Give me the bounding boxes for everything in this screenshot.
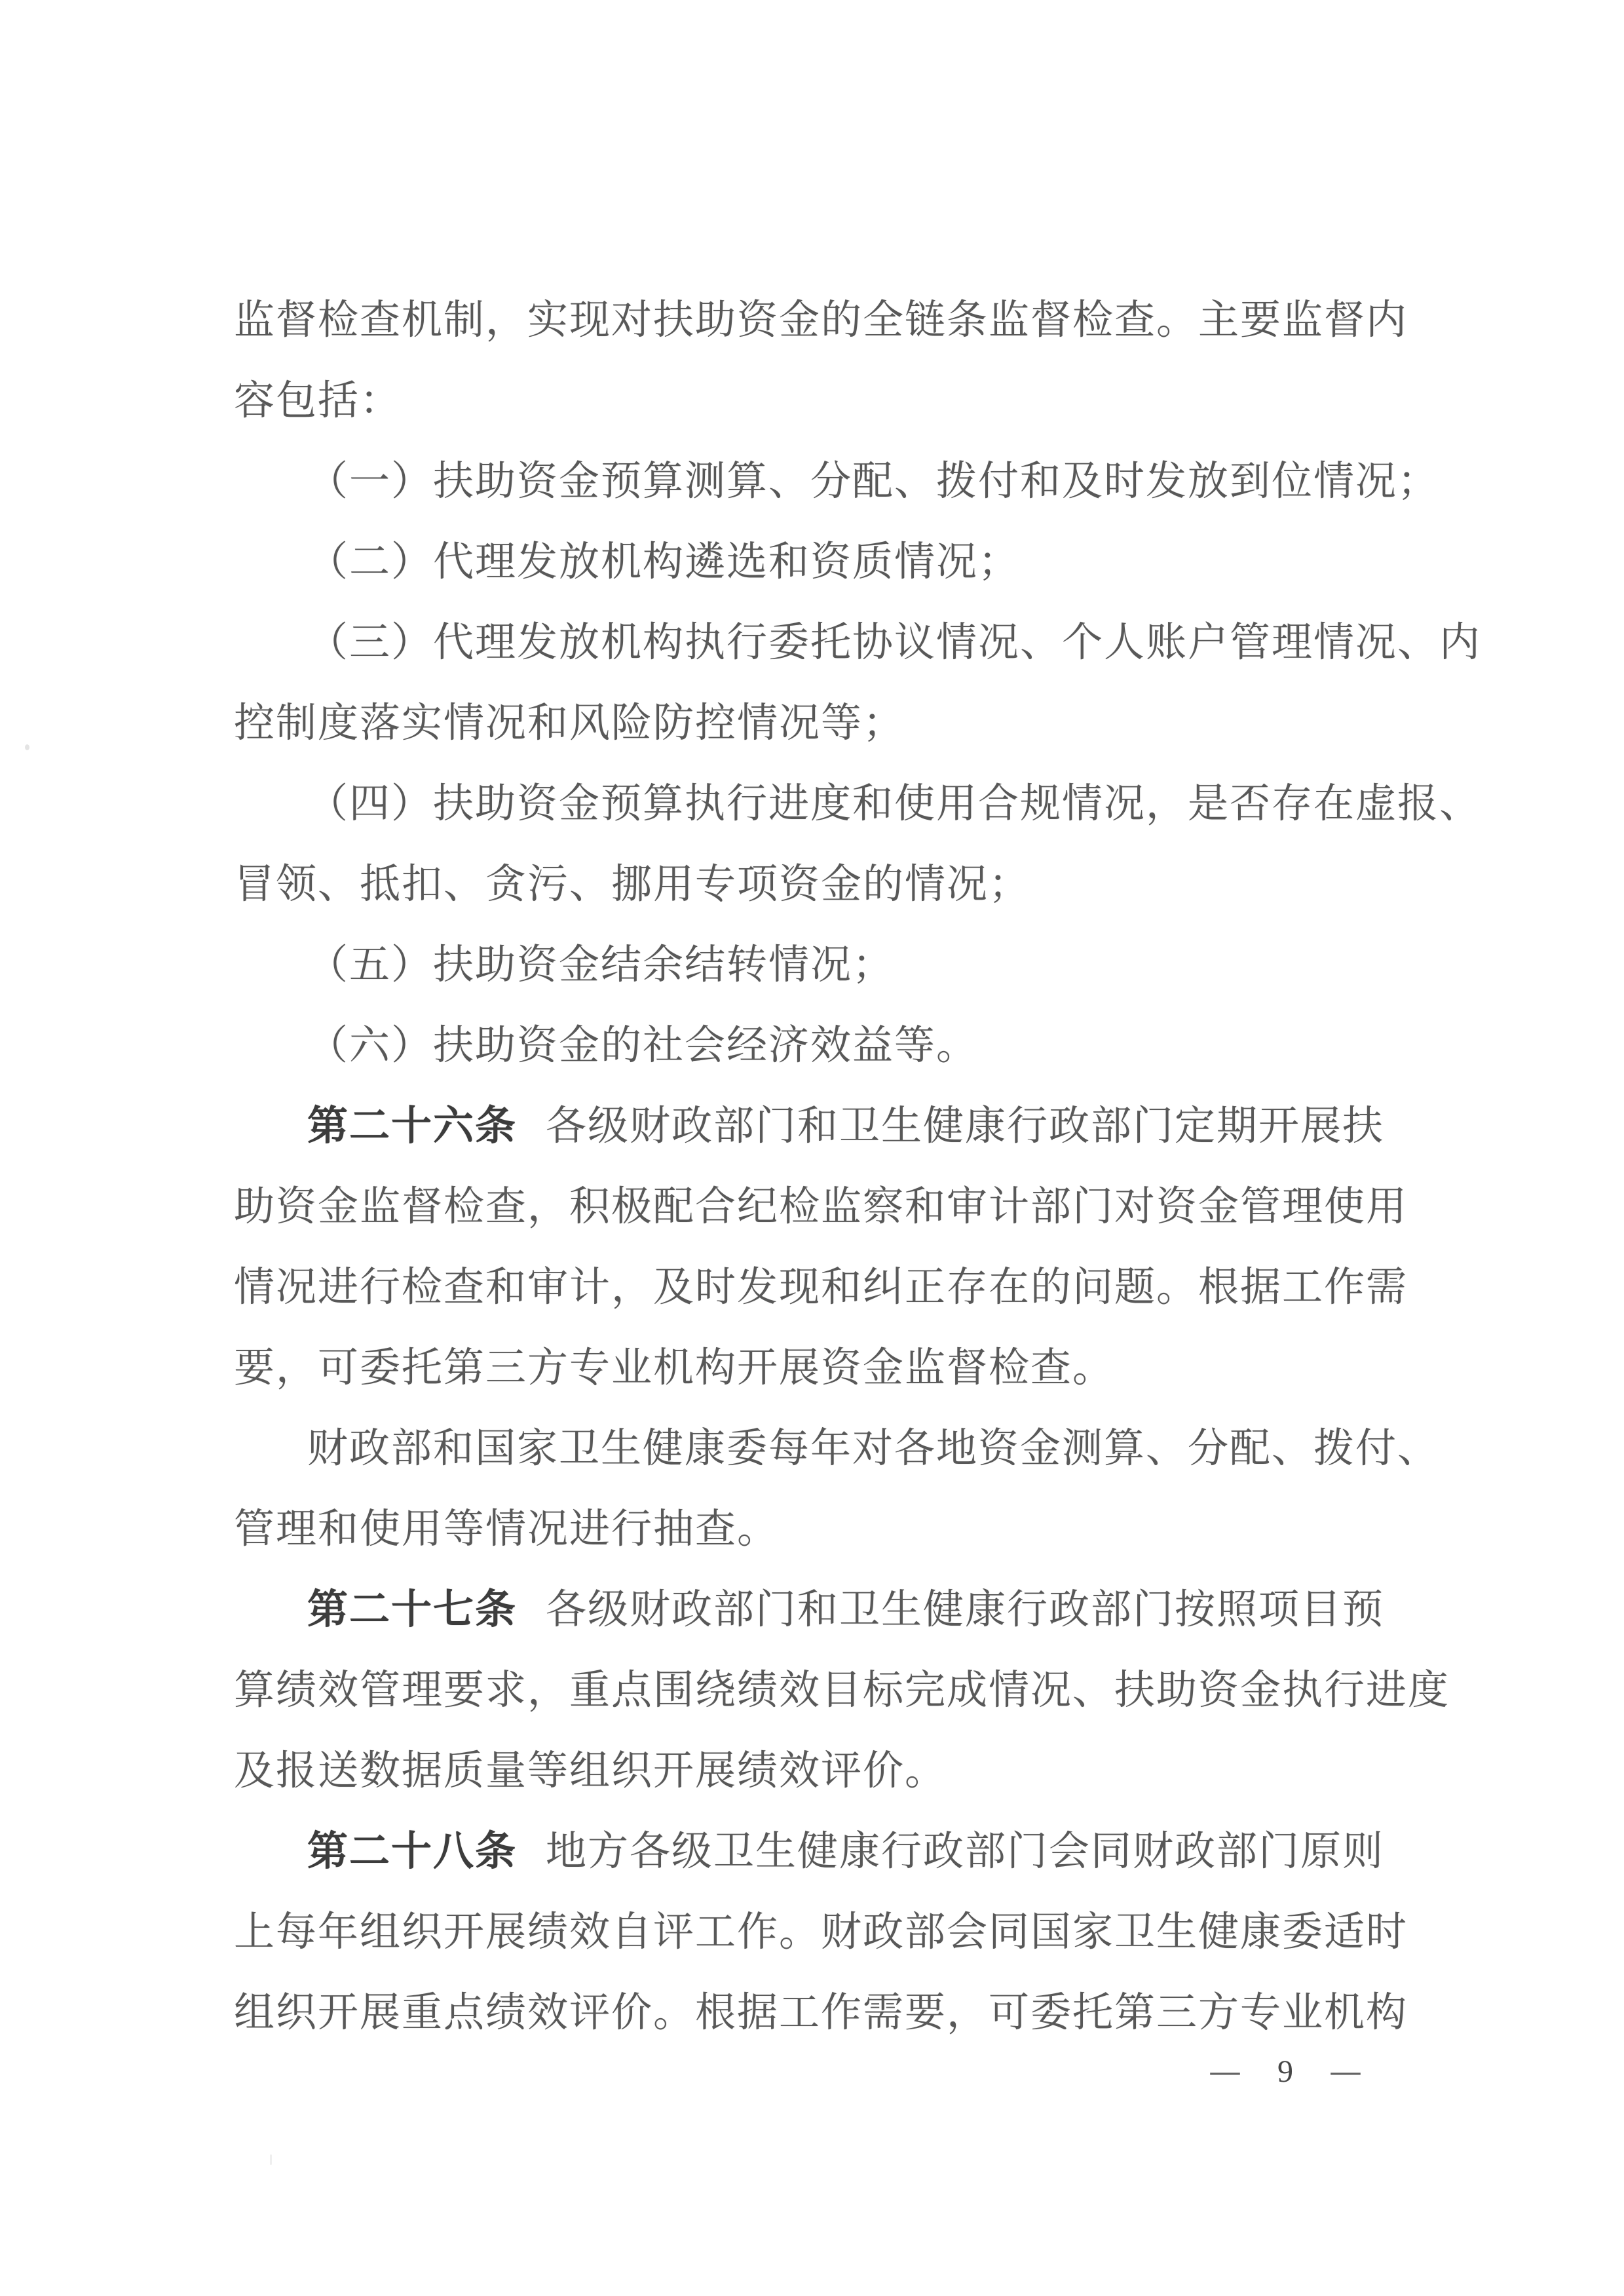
document-line: 控制度落实情况和风险防控情况等；	[234, 682, 1423, 763]
document-line: 监督检查机制，实现对扶助资金的全链条监督检查。主要监督内	[234, 279, 1423, 360]
document-line: 容包括：	[234, 360, 1423, 440]
document-sheet: 监督检查机制，实现对扶助资金的全链条监督检查。主要监督内 容包括： （一）扶助资…	[0, 0, 1624, 2296]
line-text: （五）扶助资金结余结转情况；	[307, 940, 894, 988]
line-text: （三）代理发放机构执行委托协议情况、个人账户管理情况、内	[307, 618, 1481, 666]
line-text: 算绩效管理要求，重点围绕绩效目标完成情况、扶助资金执行进度	[234, 1666, 1450, 1713]
line-text: 容包括：	[234, 376, 402, 424]
line-text: 地方各级卫生健康行政部门会同财政部门原则	[546, 1827, 1384, 1875]
line-text: 各级财政部门和卫生健康行政部门定期开展扶	[546, 1101, 1384, 1149]
article-number-label: 第二十六条	[307, 1101, 517, 1149]
scan-speck	[25, 744, 29, 750]
document-line-article-26: 第二十六条各级财政部门和卫生健康行政部门定期开展扶	[234, 1085, 1423, 1166]
document-line: 情况进行检查和审计，及时发现和纠正存在的问题。根据工作需	[234, 1246, 1423, 1327]
document-line: 要，可委托第三方专业机构开展资金监督检查。	[234, 1327, 1423, 1407]
document-line-item-3: （三）代理发放机构执行委托协议情况、个人账户管理情况、内	[234, 602, 1423, 682]
article-number-label: 第二十八条	[307, 1827, 517, 1875]
article-number-label: 第二十七条	[307, 1585, 517, 1633]
line-text: 管理和使用等情况进行抽查。	[234, 1504, 779, 1552]
document-line-item-4: （四）扶助资金预算执行进度和使用合规情况，是否存在虚报、	[234, 763, 1423, 843]
scan-speck	[270, 2154, 272, 2165]
line-text: 监督检查机制，实现对扶助资金的全链条监督检查。主要监督内	[234, 296, 1408, 343]
document-line: 上每年组织开展绩效自评工作。财政部会同国家卫生健康委适时	[234, 1891, 1423, 1972]
document-line: 冒领、抵扣、贪污、挪用专项资金的情况；	[234, 843, 1423, 924]
document-line: 算绩效管理要求，重点围绕绩效目标完成情况、扶助资金执行进度	[234, 1649, 1423, 1730]
line-text: 助资金监督检查，积极配合纪检监察和审计部门对资金管理使用	[234, 1182, 1408, 1230]
document-line: 组织开展重点绩效评价。根据工作需要，可委托第三方专业机构	[234, 1972, 1423, 2052]
document-body: 监督检查机制，实现对扶助资金的全链条监督检查。主要监督内 容包括： （一）扶助资…	[234, 279, 1423, 2052]
line-text: 要，可委托第三方专业机构开展资金监督检查。	[234, 1343, 1114, 1391]
line-text: （一）扶助资金预算测算、分配、拨付和及时发放到位情况；	[307, 457, 1439, 505]
document-line-article-27: 第二十七条各级财政部门和卫生健康行政部门按照项目预	[234, 1569, 1423, 1649]
page-number-footer: — 9 —	[1209, 2050, 1362, 2093]
document-line-item-5: （五）扶助资金结余结转情况；	[234, 924, 1423, 1004]
document-line: 及报送数据质量等组织开展绩效评价。	[234, 1730, 1423, 1810]
line-text: 冒领、抵扣、贪污、挪用专项资金的情况；	[234, 860, 1030, 908]
line-text: 及报送数据质量等组织开展绩效评价。	[234, 1746, 947, 1794]
document-line: 助资金监督检查，积极配合纪检监察和审计部门对资金管理使用	[234, 1166, 1423, 1246]
line-text: （四）扶助资金预算执行进度和使用合规情况，是否存在虚报、	[307, 779, 1481, 827]
page-number-dash-left: —	[1209, 2055, 1241, 2088]
line-text: 各级财政部门和卫生健康行政部门按照项目预	[546, 1585, 1384, 1633]
line-text: 财政部和国家卫生健康委每年对各地资金测算、分配、拨付、	[307, 1424, 1439, 1472]
document-line: 管理和使用等情况进行抽查。	[234, 1488, 1423, 1569]
document-line: 财政部和国家卫生健康委每年对各地资金测算、分配、拨付、	[234, 1407, 1423, 1488]
document-line-item-2: （二）代理发放机构遴选和资质情况；	[234, 521, 1423, 602]
line-text: 控制度落实情况和风险防控情况等；	[234, 698, 905, 746]
line-text: 情况进行检查和审计，及时发现和纠正存在的问题。根据工作需	[234, 1263, 1408, 1311]
line-text: （二）代理发放机构遴选和资质情况；	[307, 537, 1020, 585]
page-number-dash-right: —	[1329, 2055, 1362, 2088]
scanned-document-page: { "page": { "background": "#ffffff", "bo…	[0, 0, 1624, 2296]
document-line-item-6: （六）扶助资金的社会经济效益等。	[234, 1004, 1423, 1085]
line-text: 上每年组织开展绩效自评工作。财政部会同国家卫生健康委适时	[234, 1907, 1408, 1955]
line-text: 组织开展重点绩效评价。根据工作需要，可委托第三方专业机构	[234, 1988, 1408, 2036]
page-number: 9	[1277, 2054, 1293, 2090]
document-line-article-28: 第二十八条地方各级卫生健康行政部门会同财政部门原则	[234, 1810, 1423, 1891]
line-text: （六）扶助资金的社会经济效益等。	[307, 1021, 978, 1069]
document-line-item-1: （一）扶助资金预算测算、分配、拨付和及时发放到位情况；	[234, 440, 1423, 521]
